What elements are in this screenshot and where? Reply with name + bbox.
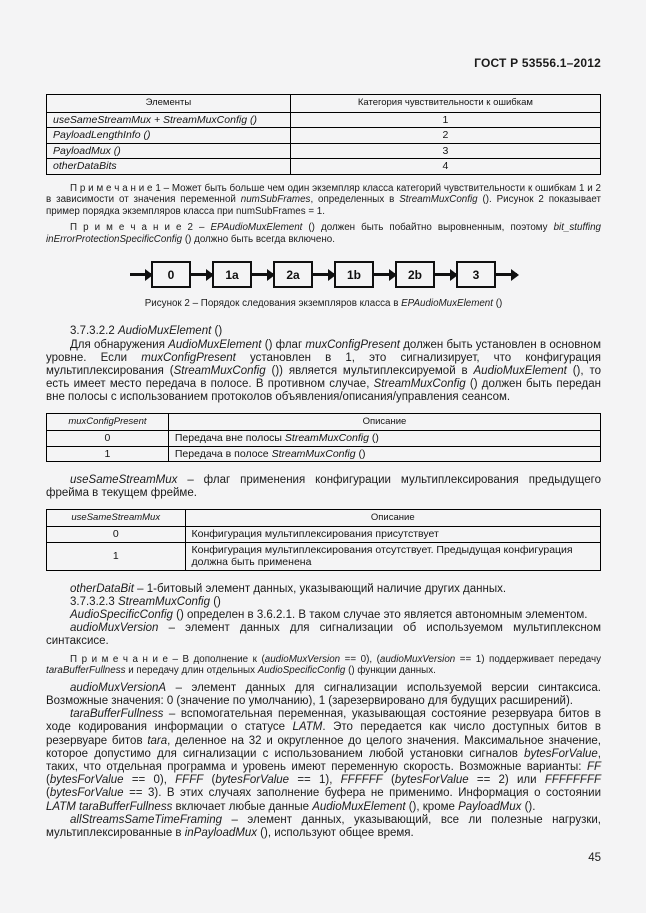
note-3: П р и м е ч а н и е – В дополнение к (au… <box>46 654 601 677</box>
note-2: П р и м е ч а н и е 2 – EPAudioMuxElemen… <box>46 222 601 245</box>
identifier-text: AudioMuxElement <box>168 339 261 351</box>
identifier-text: AudioMuxElement <box>474 365 567 377</box>
identifier-text: EPAudioMuxElement <box>211 222 303 233</box>
text-run: () <box>369 432 379 444</box>
text-run: == 0), <box>124 774 176 786</box>
table-row: 1Конфигурация мультиплексирования отсутс… <box>47 542 601 570</box>
text-run: 3.7.3.2.3 <box>70 596 118 608</box>
identifier-text: bytesForValue <box>50 787 124 799</box>
flow-box: 1b <box>334 261 374 288</box>
column-header-use-same-stream-mux: useSameStreamMux <box>47 509 186 527</box>
paragraph-audio-specific-config: AudioSpecificConfig () определен в 3.6.2… <box>46 609 601 622</box>
identifier-text: taraBufferFullness <box>70 708 163 720</box>
identifier-text: muxConfigPresent <box>141 352 236 364</box>
identifier-text: EPAudioMuxElement <box>401 298 493 309</box>
identifier-text: audioMuxVersionA <box>70 682 166 694</box>
error-sensitivity-table: Элементы Категория чувствительности к ош… <box>46 94 601 175</box>
identifier-text: StreamMuxConfig <box>118 596 210 608</box>
identifier-text: FF <box>587 761 601 773</box>
text-run: ()) является мультиплексируемой в <box>266 365 474 377</box>
table-cell: Конфигурация мультиплексирования отсутст… <box>185 542 601 570</box>
text-run: 1 <box>105 448 111 460</box>
identifier-text: PayloadMux <box>458 801 521 813</box>
note-1: П р и м е ч а н и е 1 – Может быть больш… <box>46 183 601 218</box>
flow-arrow-icon <box>313 273 334 276</box>
table-row: otherDataBits4 <box>47 159 601 175</box>
table-cell: 1 <box>47 446 169 462</box>
text-run: П р и м е ч а н и е – В дополнение к ( <box>70 654 265 665</box>
paragraph-all-streams-same-time-framing: allStreamsSameTimeFraming – элемент данн… <box>46 814 601 840</box>
text-run: Рисунок 2 – Порядок следования экземпляр… <box>145 298 401 309</box>
column-header-error-category: Категория чувствительности к ошибкам <box>290 95 600 113</box>
page-number: 45 <box>46 852 601 864</box>
text-run: == 1), <box>289 774 341 786</box>
table-cell: useSameStreamMux + StreamMuxConfig () <box>47 112 291 128</box>
table-cell: Конфигурация мультиплексирования присутс… <box>185 527 601 543</box>
text-run: (), используют общее время. <box>257 827 414 839</box>
table-cell: 3 <box>290 143 600 159</box>
text-run: 3 <box>442 145 448 157</box>
identifier-text: AudioSpecificConfig <box>258 665 346 676</box>
flow-arrow-icon <box>496 273 517 276</box>
identifier-text: LATM <box>293 721 323 733</box>
text-run: – 1-битовый элемент данных, указывающий … <box>134 583 506 595</box>
flow-arrow-icon <box>191 273 212 276</box>
flow-arrow-icon <box>435 273 456 276</box>
column-header-elements: Элементы <box>47 95 291 113</box>
flow-arrow-icon <box>130 273 151 276</box>
text-run: 1 <box>113 550 119 562</box>
identifier-text: PayloadLengthInfo () <box>53 129 150 141</box>
identifier-text: useSameStreamMux <box>70 474 177 486</box>
text-run: () флаг <box>262 339 306 351</box>
mux-config-present-table: muxConfigPresent Описание 0Передача вне … <box>46 413 601 463</box>
identifier-text: bytesForValue <box>524 748 598 760</box>
text-run: 0 <box>105 432 111 444</box>
identifier-text: FFFFFF <box>341 774 383 786</box>
text-run: == 1) поддерживает передачу <box>455 654 601 665</box>
text-run: ( <box>383 774 395 786</box>
text-run: , определенных в <box>310 194 399 205</box>
figure-flow-diagram: 01a2a1b2b3 <box>46 261 601 288</box>
text-run: Для обнаружения <box>70 339 168 351</box>
flow-box: 2b <box>395 261 435 288</box>
identifier-text: AudioMuxElement <box>312 801 405 813</box>
identifier-text: AudioMuxElement <box>118 325 211 337</box>
identifier-text: AudioSpecificConfig <box>70 609 173 621</box>
flow-arrow-icon <box>252 273 273 276</box>
paragraph-other-data-bit: otherDataBit – 1-битовый элемент данных,… <box>46 583 601 596</box>
text-run: () определен в 3.6.2.1. В таком случае э… <box>173 609 588 621</box>
table-cell: PayloadMux () <box>47 143 291 159</box>
text-run: Передача вне полосы <box>175 432 285 444</box>
section-heading-3-7-3-2-3: 3.7.3.2.3 StreamMuxConfig () <box>46 596 601 609</box>
use-same-stream-mux-table: useSameStreamMux Описание 0Конфигурация … <box>46 509 601 571</box>
paragraph-tara-buffer-fullness: taraBufferFullness – вспомогательная пер… <box>46 708 601 814</box>
table-cell: otherDataBits <box>47 159 291 175</box>
identifier-text: PayloadMux () <box>53 145 121 157</box>
identifier-text: LATM taraBufferFullness <box>46 801 172 813</box>
table-cell: 4 <box>290 159 600 175</box>
table-cell: 0 <box>47 431 169 447</box>
text-run: 0 <box>113 528 119 540</box>
text-run: 1 <box>442 114 448 126</box>
table-header-row: muxConfigPresent Описание <box>47 413 601 431</box>
doc-code-header: ГОСТ Р 53556.1–2012 <box>46 56 601 70</box>
identifier-text: FFFF <box>175 774 203 786</box>
column-header-mux-config-present: muxConfigPresent <box>47 413 169 431</box>
text-run: ( <box>203 774 215 786</box>
text-run: () <box>210 596 221 608</box>
column-header-description: Описание <box>185 509 601 527</box>
identifier-text: tara <box>147 735 167 747</box>
text-run: () <box>211 325 222 337</box>
identifier-text: FFFFFFFF <box>545 774 601 786</box>
identifier-text: numSubFrames <box>241 194 311 205</box>
identifier-text: useSameStreamMux + StreamMuxConfig () <box>53 114 257 126</box>
table-header-row: Элементы Категория чувствительности к ош… <box>47 95 601 113</box>
identifier-text: otherDataBits <box>53 160 117 172</box>
identifier-text: bytesForValue <box>395 774 469 786</box>
column-header-description: Описание <box>168 413 600 431</box>
text-run: == 3). В этих случаях заполнение буфера … <box>124 787 601 799</box>
identifier-text: muxConfigPresent <box>305 339 400 351</box>
identifier-text: taraBufferFullness <box>46 665 126 676</box>
text-run: 4 <box>442 160 448 172</box>
text-run: () должен быть побайтно выровненным, поэ… <box>302 222 553 233</box>
identifier-text: StreamMuxConfig <box>285 432 369 444</box>
table-row: 0Конфигурация мультиплексирования присут… <box>47 527 601 543</box>
table-cell: 1 <box>290 112 600 128</box>
identifier-text: StreamMuxConfig <box>272 448 356 460</box>
section-heading-3-7-3-2-2: 3.7.3.2.2 AudioMuxElement () <box>46 325 601 338</box>
figure-caption: Рисунок 2 – Порядок следования экземпляр… <box>46 298 601 309</box>
table-header-row: useSameStreamMux Описание <box>47 509 601 527</box>
flow-box: 3 <box>456 261 496 288</box>
identifier-text: StreamMuxConfig <box>374 378 466 390</box>
text-run: включает любые данные <box>172 801 312 813</box>
flow-box: 1a <box>212 261 252 288</box>
table-cell: 1 <box>47 542 186 570</box>
table-cell: Передача в полосе StreamMuxConfig () <box>168 446 600 462</box>
text-run: Конфигурация мультиплексирования присутс… <box>192 528 439 540</box>
paragraph-use-same-stream-mux: useSameStreamMux – флаг применения конфи… <box>46 474 601 500</box>
text-run: () должно быть всегда включено. <box>182 234 335 245</box>
identifier-text: otherDataBit <box>70 583 134 595</box>
text-run: 3.7.3.2.2 <box>70 325 118 337</box>
identifier-text: allStreamsSameTimeFraming <box>70 814 222 826</box>
paragraph-audio-mux-version-a: audioMuxVersionA – элемент данных для си… <box>46 682 601 708</box>
paragraph-audio-mux-element: Для обнаружения AudioMuxElement () флаг … <box>46 339 601 405</box>
text-run: () <box>356 448 366 460</box>
document-page: ГОСТ Р 53556.1–2012 Элементы Категория ч… <box>0 0 646 913</box>
flow-box: 0 <box>151 261 191 288</box>
table-cell: PayloadLengthInfo () <box>47 128 291 144</box>
text-run: П р и м е ч а н и е 2 – <box>70 222 211 233</box>
identifier-text: audioMuxVersion <box>265 654 340 665</box>
table-row: 1Передача в полосе StreamMuxConfig () <box>47 446 601 462</box>
table-row: useSameStreamMux + StreamMuxConfig ()1 <box>47 112 601 128</box>
identifier-text: StreamMuxConfig <box>174 365 266 377</box>
text-run: (). <box>521 801 535 813</box>
identifier-text: audioMuxVersion <box>70 622 158 634</box>
table-row: 0Передача вне полосы StreamMuxConfig () <box>47 431 601 447</box>
text-run: (), кроме <box>406 801 459 813</box>
identifier-text: audioMuxVersion <box>380 654 455 665</box>
text-run: () <box>493 298 502 309</box>
identifier-text: StreamMuxConfig <box>399 194 477 205</box>
flow-box: 2a <box>273 261 313 288</box>
text-run: Конфигурация мультиплексирования отсутст… <box>192 544 573 569</box>
table-cell: Передача вне полосы StreamMuxConfig () <box>168 431 600 447</box>
table-row: PayloadMux ()3 <box>47 143 601 159</box>
identifier-text: inPayloadMux <box>185 827 257 839</box>
paragraph-audio-mux-version: audioMuxVersion – элемент данных для сиг… <box>46 622 601 648</box>
identifier-text: bytesForValue <box>50 774 124 786</box>
text-run: 2 <box>442 129 448 141</box>
text-run: == 0), ( <box>340 654 380 665</box>
text-run: Передача в полосе <box>175 448 272 460</box>
identifier-text: bytesForValue <box>215 774 289 786</box>
text-run: и передачу длин отдельных <box>126 665 258 676</box>
text-run: == 2) или <box>469 774 545 786</box>
text-run: () функции данных. <box>345 665 435 676</box>
table-cell: 2 <box>290 128 600 144</box>
table-row: PayloadLengthInfo ()2 <box>47 128 601 144</box>
flow-arrow-icon <box>374 273 395 276</box>
table-cell: 0 <box>47 527 186 543</box>
